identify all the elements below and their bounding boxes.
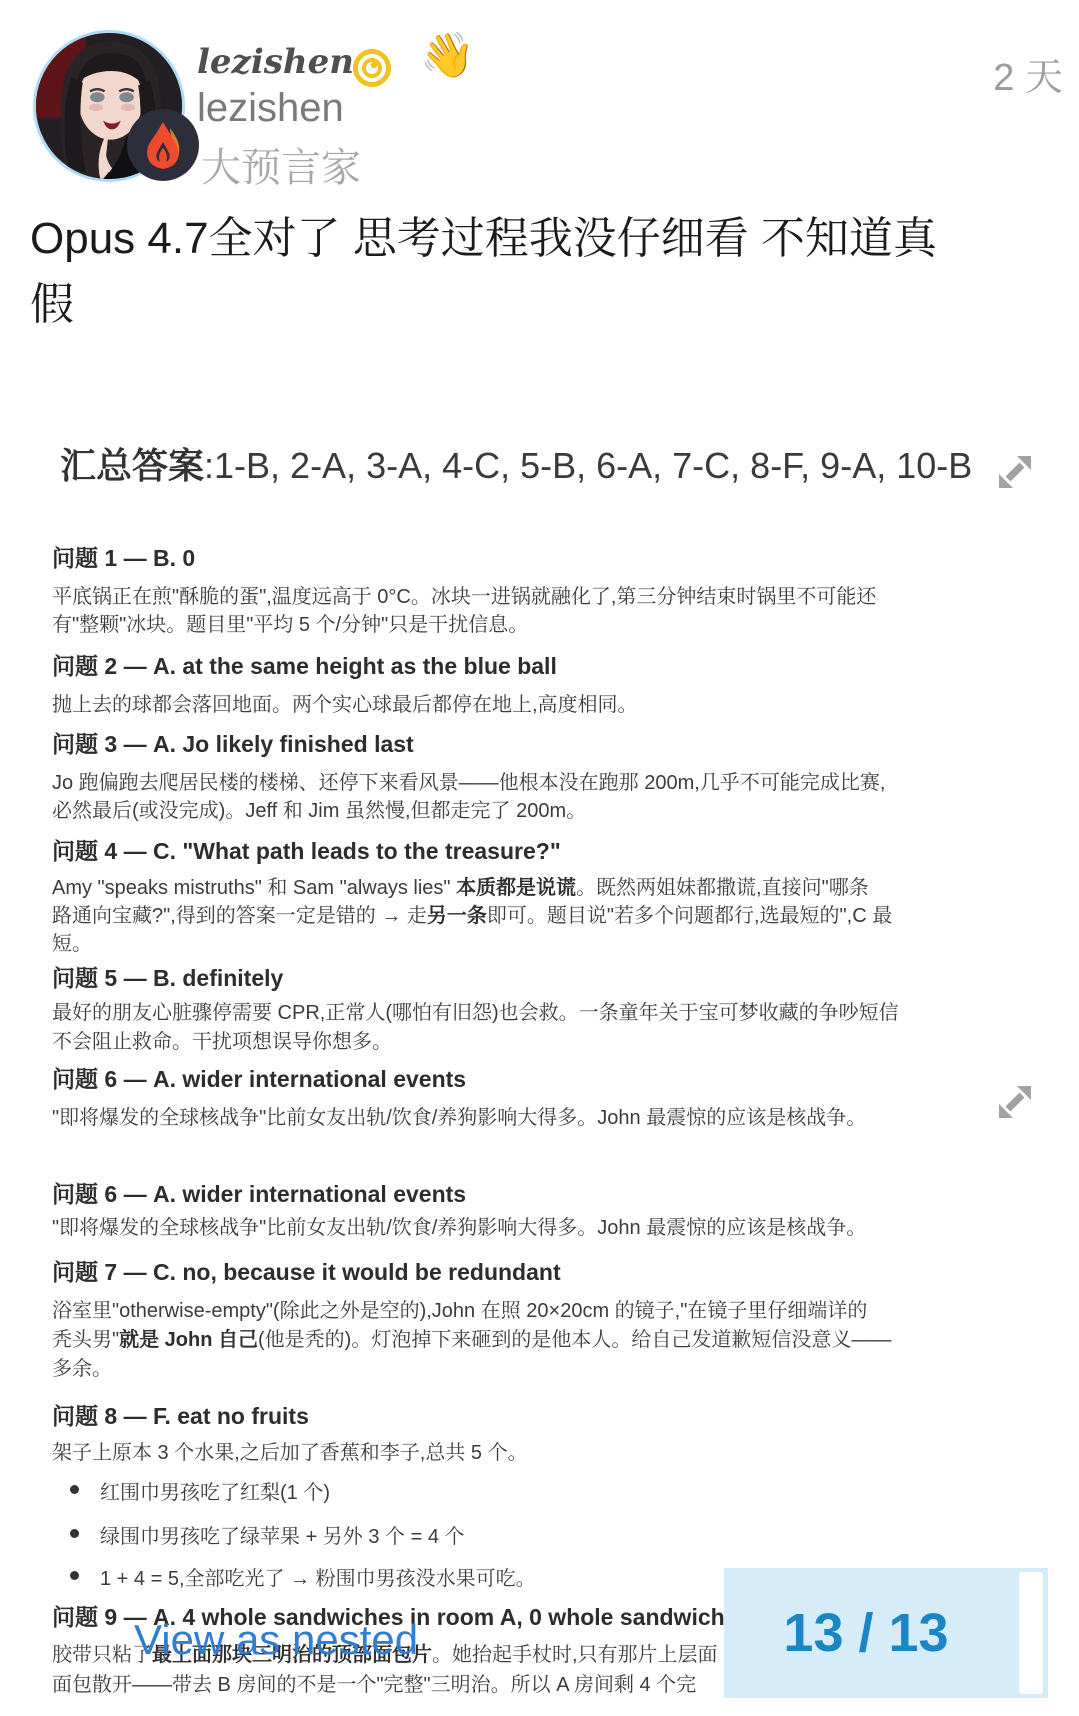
explanation-line: Amy "speaks mistruths" 和 Sam "always lie… <box>52 871 869 900</box>
explanation-line: 短。 <box>52 927 92 956</box>
explanation-line: 平底锅正在煎"酥脆的蛋",温度远高于 0°C。冰块一进锅就融化了,第三分钟结束时… <box>52 580 876 609</box>
explanation-line: "即将爆发的全球核战争"比前女友出轨/饮食/养狗影响大得多。John 最震惊的应… <box>52 1211 866 1240</box>
question-heading: 问题 7 — C. no, because it would be redund… <box>52 1254 561 1287</box>
question-heading: 问题 1 — B. 0 <box>52 540 195 573</box>
question-heading: 问题 5 — B. definitely <box>52 960 283 993</box>
flame-badge-icon <box>126 108 200 182</box>
explanation-line: 路通向宝藏?",得到的答案一定是错的 → 走另一条即可。题目说"若多个问题都行,… <box>52 899 892 928</box>
author-name[interactable]: lezishen <box>197 86 344 131</box>
question-heading: 问题 2 — A. at the same height as the blue… <box>52 648 557 681</box>
bullet-icon <box>70 1529 79 1538</box>
explanation-line: 抛上去的球都会落回地面。两个实心球最后都停在地上,高度相同。 <box>52 688 638 717</box>
pagination-count: 13 / 13 <box>783 1602 988 1664</box>
explanation-line: 有"整颗"冰块。题目里"平均 5 个/分钟"只是干扰信息。 <box>52 608 528 637</box>
view-as-nested-link[interactable]: View as nested <box>134 1616 418 1664</box>
wave-emoji: 👋 <box>420 34 475 78</box>
explanation-line: 不会阻止救命。干扰项想误导你想多。 <box>52 1025 392 1054</box>
question-heading: 问题 6 — A. wider international events <box>52 1176 466 1209</box>
expand-image-icon[interactable] <box>993 450 1037 494</box>
explanation-line: Jo 跑偏跑去爬居民楼的楼梯、还停下来看风景——他根本没在跑那 200m,几乎不… <box>52 766 885 795</box>
post-timestamp: 2 天 <box>993 46 1063 101</box>
bullet-item: 1 + 4 = 5,全部吃光了 → 粉围巾男孩没水果可吃。 <box>100 1562 536 1591</box>
eye-badge-icon <box>352 48 392 88</box>
explanation-line: 架子上原本 3 个水果,之后加了香蕉和李子,总共 5 个。 <box>52 1436 528 1465</box>
explanation-line: 秃头男"就是 John 自己(他是秃的)。灯泡掉下来砸到的是他本人。给自己发道歉… <box>52 1323 891 1352</box>
question-heading: 问题 4 — C. "What path leads to the treasu… <box>52 833 561 866</box>
post-page: lezishen 👋 lezishen 大预言家 2 天 Opus 4.7全对了… <box>0 0 1079 1716</box>
bullet-item: 红围巾男孩吃了红梨(1 个) <box>100 1476 330 1505</box>
pagination-badge: 13 / 13 <box>724 1568 1048 1698</box>
answers-summary-label: 汇总答案 <box>60 445 204 486</box>
explanation-line: 最好的朋友心脏骤停需要 CPR,正常人(哪怕有旧怨)也会救。一条童年关于宝可梦收… <box>52 996 899 1025</box>
post-title: Opus 4.7全对了 思考过程我没仔细看 不知道真假 <box>30 206 980 338</box>
question-heading: 问题 6 — A. wider international events <box>52 1061 466 1094</box>
bullet-item: 绿围巾男孩吃了绿苹果 + 另外 3 个 = 4 个 <box>100 1520 465 1549</box>
bullet-icon <box>70 1571 79 1580</box>
explanation-line: 必然最后(或没完成)。Jeff 和 Jim 虽然慢,但都走完了 200m。 <box>52 794 586 823</box>
answers-summary: 汇总答案:1-B, 2-A, 3-A, 4-C, 5-B, 6-A, 7-C, … <box>60 438 972 489</box>
question-heading: 问题 3 — A. Jo likely finished last <box>52 726 414 759</box>
author-badge-label: 大预言家 <box>201 136 361 193</box>
explanation-line: "即将爆发的全球核战争"比前女友出轨/饮食/养狗影响大得多。John 最震惊的应… <box>52 1101 866 1130</box>
explanation-line: 面包散开——带去 B 房间的不是一个"完整"三明治。所以 A 房间剩 4 个完 <box>52 1668 696 1697</box>
question-heading: 问题 8 — F. eat no fruits <box>52 1398 309 1431</box>
explanation-line: 浴室里"otherwise-empty"(除此之外是空的),John 在照 20… <box>52 1294 867 1323</box>
answers-summary-value: :1-B, 2-A, 3-A, 4-C, 5-B, 6-A, 7-C, 8-F,… <box>204 445 972 486</box>
scrollbar-thumb[interactable] <box>1019 1572 1043 1694</box>
explanation-line: 多余。 <box>52 1352 112 1381</box>
expand-image-icon[interactable] <box>993 1080 1037 1124</box>
author-script-name[interactable]: lezishen <box>197 42 354 82</box>
bullet-icon <box>70 1485 79 1494</box>
